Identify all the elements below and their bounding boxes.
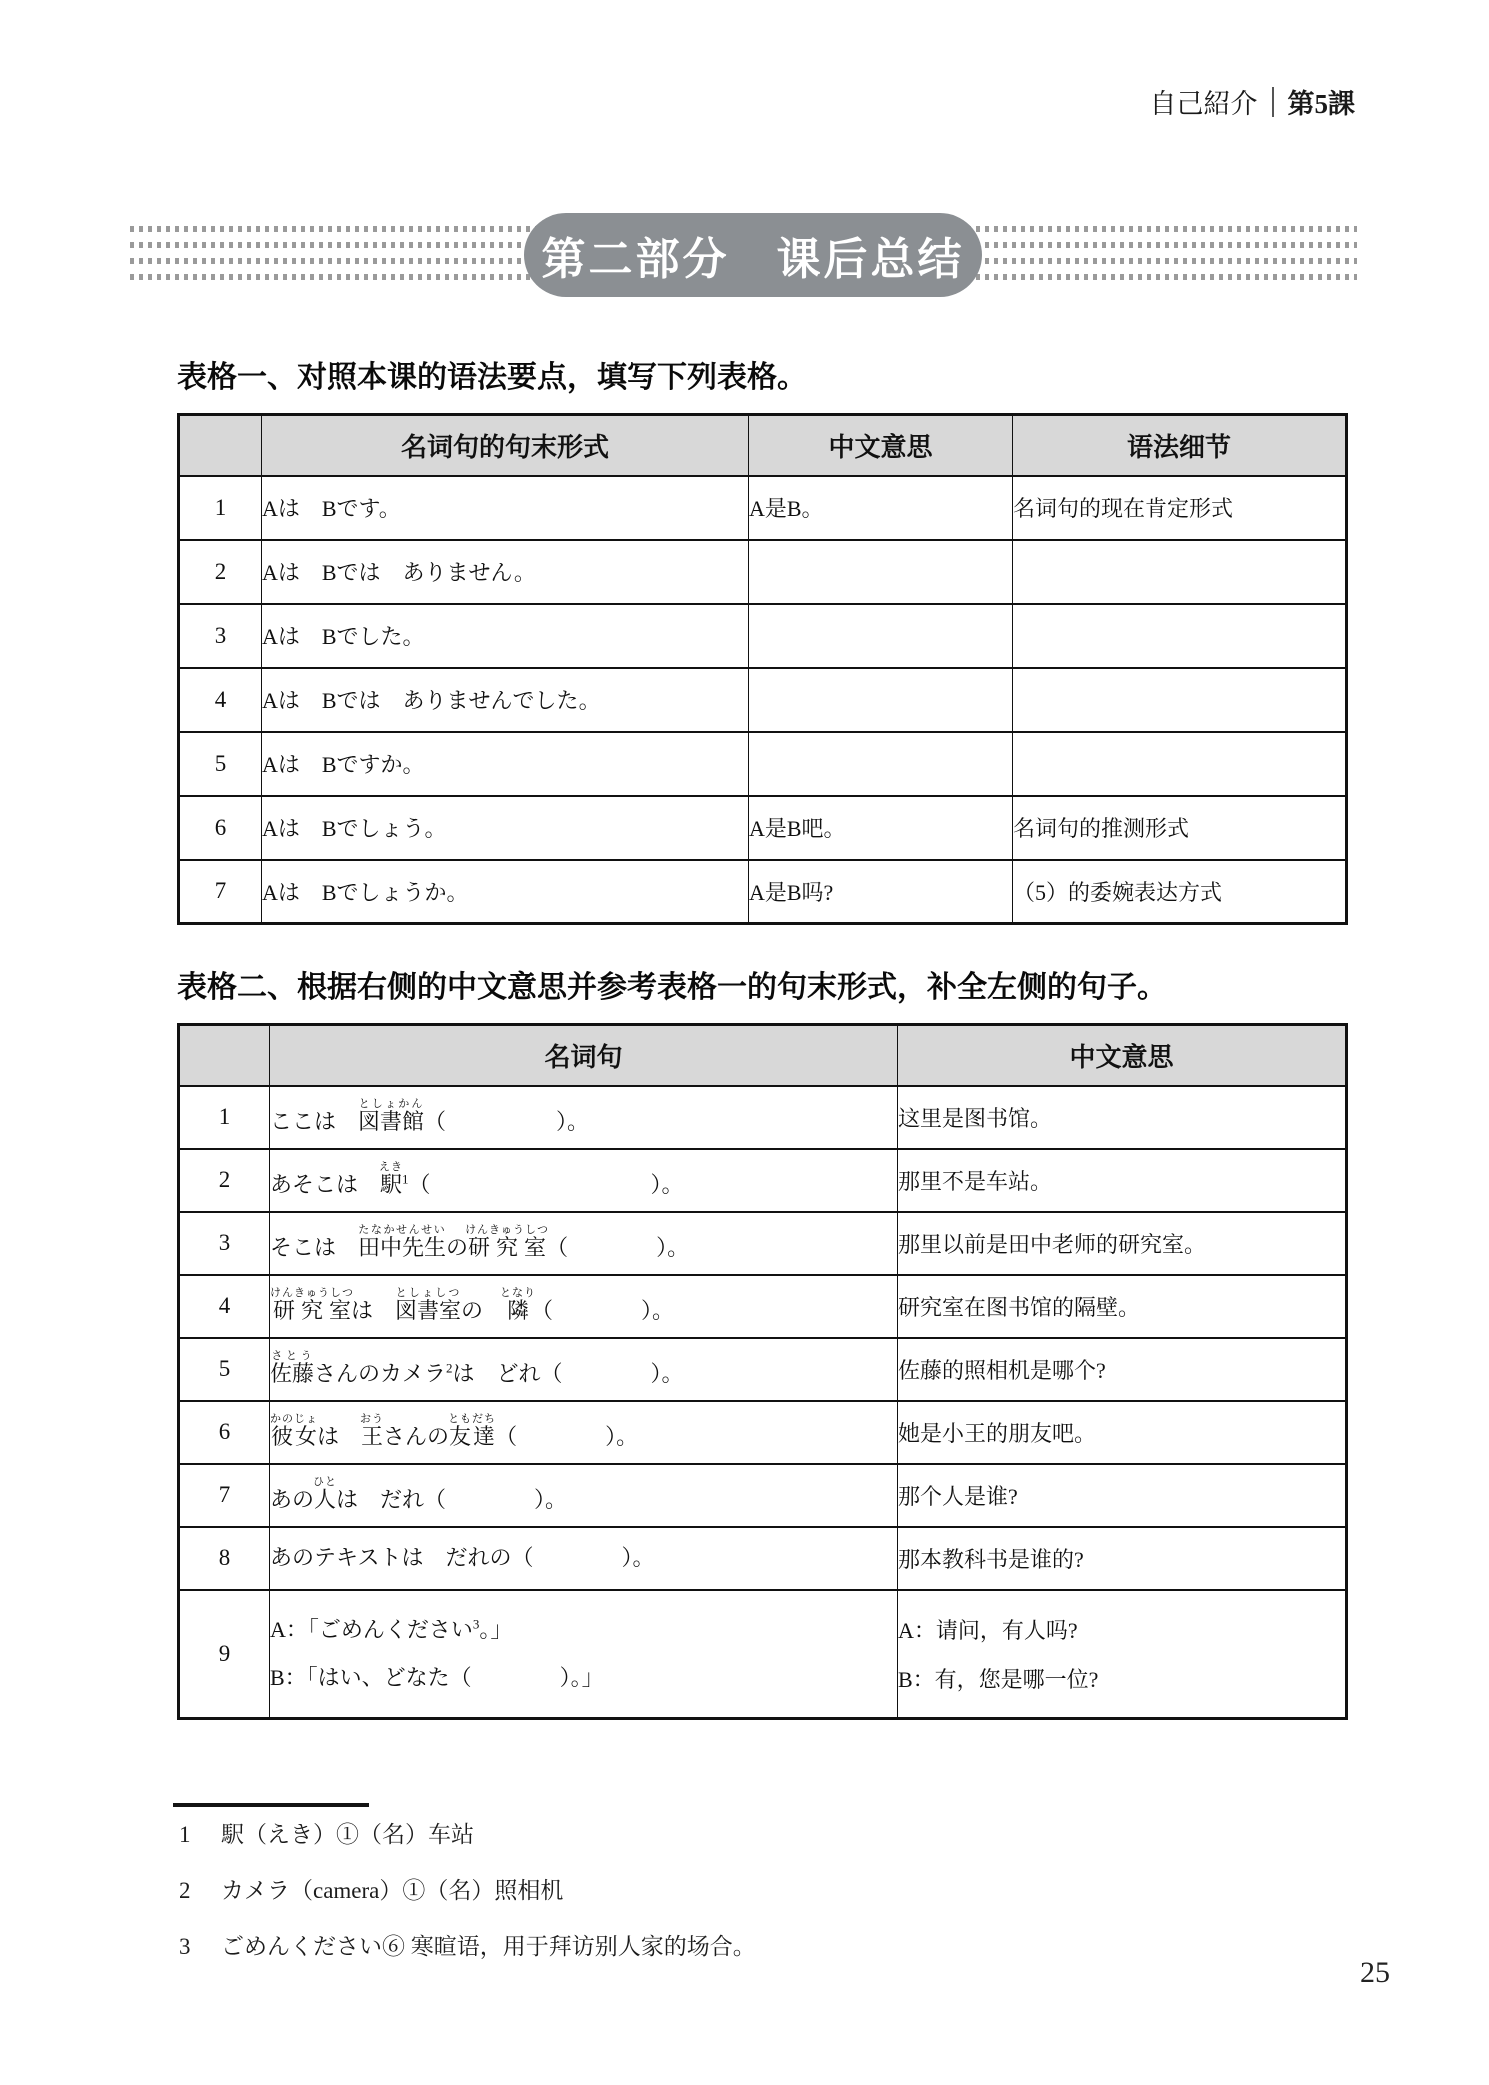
japanese-sentence: 佐藤さとうさんのカメラ2は どれ（ ）。 (270, 1338, 898, 1401)
running-head: 自己紹介 第5課 (1150, 82, 1356, 121)
footnote-number: 2 (179, 1876, 195, 1906)
chinese-meaning: 她是小王的朋友吧。 (898, 1401, 1347, 1464)
chinese-meaning: 那个人是谁? (898, 1464, 1347, 1527)
sentence-form: Aは Bでは ありませんでした。 (262, 668, 749, 732)
grammar-detail (1013, 668, 1347, 732)
footnote-text: 駅（えき）①（名）车站 (221, 1820, 474, 1850)
chinese-meaning: A是B吧。 (749, 796, 1013, 860)
chinese-meaning: 这里是图书馆。 (898, 1086, 1347, 1149)
table-row: 3 そこは 田中先生たなかせんせいの研究室けんきゅうしつ（ ）。 那里以前是田中… (179, 1212, 1347, 1275)
grammar-detail (1013, 732, 1347, 796)
row-number: 7 (179, 1464, 270, 1527)
table1-col-index (179, 415, 262, 476)
table-row: 7 Aは Bでしょうか。 A是B吗? （5）的委婉表达方式 (179, 860, 1347, 924)
row-number: 6 (179, 1401, 270, 1464)
footnote-text: ごめんください⑥ 寒暄语，用于拜访别人家的场合。 (221, 1932, 756, 1962)
grammar-summary-table: 名词句的句末形式 中文意思 语法细节 1 Aは Bです。 A是B。 名词句的现在… (177, 413, 1348, 925)
sentence-form: Aは Bでしょうか。 (262, 860, 749, 924)
table-row: 3 Aは Bでした。 (179, 604, 1347, 668)
table2-col-jp: 名词句 (270, 1025, 898, 1086)
row-number: 8 (179, 1527, 270, 1590)
sentence-form: Aは Bですか。 (262, 732, 749, 796)
table-row: 6 Aは Bでしょう。 A是B吧。 名词句的推测形式 (179, 796, 1347, 860)
row-number: 3 (179, 1212, 270, 1275)
chinese-meaning (749, 604, 1013, 668)
table-row: 9 A：「ごめんください3。」B：「はい、どなた（ ）。」 A：请问，有人吗?B… (179, 1590, 1347, 1719)
footnote: 1 駅（えき）①（名）车站 (179, 1820, 756, 1850)
table-row: 5 Aは Bですか。 (179, 732, 1347, 796)
japanese-dialogue: A：「ごめんください3。」B：「はい、どなた（ ）。」 (270, 1590, 898, 1719)
chinese-dialogue: A：请问，有人吗?B：有，您是哪一位? (898, 1590, 1347, 1719)
chinese-meaning: 那里不是车站。 (898, 1149, 1347, 1212)
table-row: 2 Aは Bでは ありません。 (179, 540, 1347, 604)
sentence-form: Aは Bです。 (262, 476, 749, 540)
table-row: 7 あの人ひとは だれ（ ）。 那个人是谁? (179, 1464, 1347, 1527)
table1-col-meaning: 中文意思 (749, 415, 1013, 476)
table-row: 8 あのテキストは だれの（ ）。 那本教科书是谁的? (179, 1527, 1347, 1590)
lesson-number: 第5課 (1288, 82, 1356, 121)
table1-heading: 表格一、对照本课的语法要点，填写下列表格。 (177, 352, 807, 396)
grammar-detail: （5）的委婉表达方式 (1013, 860, 1347, 924)
table2-heading: 表格二、根据右侧的中文意思并参考表格一的句末形式，补全左侧的句子。 (177, 962, 1167, 1006)
row-number: 2 (179, 1149, 270, 1212)
sentence-form: Aは Bでは ありません。 (262, 540, 749, 604)
running-head-divider (1272, 87, 1274, 117)
footnote-number: 3 (179, 1932, 195, 1962)
course-title: 自己紹介 (1150, 82, 1258, 121)
page-number: 25 (1360, 1956, 1390, 1990)
chinese-meaning (749, 732, 1013, 796)
row-number: 6 (179, 796, 262, 860)
table-row: 4 Aは Bでは ありませんでした。 (179, 668, 1347, 732)
table-row: 6 彼女かのじょは 王おうさんの友達ともだち（ ）。 她是小王的朋友吧。 (179, 1401, 1347, 1464)
row-number: 1 (179, 476, 262, 540)
grammar-detail: 名词句的现在肯定形式 (1013, 476, 1347, 540)
chinese-meaning: 佐藤的照相机是哪个? (898, 1338, 1347, 1401)
row-number: 5 (179, 732, 262, 796)
grammar-detail (1013, 540, 1347, 604)
table2-header-row: 名词句 中文意思 (179, 1025, 1347, 1086)
table2-col-cn: 中文意思 (898, 1025, 1347, 1086)
japanese-sentence: ここは 図書館としょかん（ ）。 (270, 1086, 898, 1149)
row-number: 5 (179, 1338, 270, 1401)
chinese-meaning: 那本教科书是谁的? (898, 1527, 1347, 1590)
table-row: 1 ここは 図書館としょかん（ ）。 这里是图书馆。 (179, 1086, 1347, 1149)
footnotes: 1 駅（えき）①（名）车站 2 カメラ（camera）①（名）照相机 3 ごめん… (179, 1820, 756, 1988)
section-banner-title: 第二部分 课后总结 (542, 223, 965, 287)
japanese-sentence: あそこは 駅えき1（ ）。 (270, 1149, 898, 1212)
row-number: 1 (179, 1086, 270, 1149)
sentence-form: Aは Bでしょう。 (262, 796, 749, 860)
japanese-sentence: あの人ひとは だれ（ ）。 (270, 1464, 898, 1527)
table1-col-form: 名词句的句末形式 (262, 415, 749, 476)
japanese-sentence: そこは 田中先生たなかせんせいの研究室けんきゅうしつ（ ）。 (270, 1212, 898, 1275)
table1-col-detail: 语法细节 (1013, 415, 1347, 476)
japanese-sentence: 研究室けんきゅうしつは 図書室としょしつの 隣となり（ ）。 (270, 1275, 898, 1338)
textbook-page: 自己紹介 第5課 第二部分 课后总结 表格一、对照本课的语法要点，填写下列表格。… (0, 0, 1489, 2085)
chinese-meaning: 研究室在图书馆的隔壁。 (898, 1275, 1347, 1338)
row-number: 4 (179, 668, 262, 732)
japanese-sentence: 彼女かのじょは 王おうさんの友達ともだち（ ）。 (270, 1401, 898, 1464)
row-number: 7 (179, 860, 262, 924)
table-row: 4 研究室けんきゅうしつは 図書室としょしつの 隣となり（ ）。 研究室在图书馆… (179, 1275, 1347, 1338)
chinese-meaning: A是B。 (749, 476, 1013, 540)
footnote-number: 1 (179, 1820, 195, 1850)
row-number: 3 (179, 604, 262, 668)
table-row: 5 佐藤さとうさんのカメラ2は どれ（ ）。 佐藤的照相机是哪个? (179, 1338, 1347, 1401)
sentence-form: Aは Bでした。 (262, 604, 749, 668)
footnote: 2 カメラ（camera）①（名）照相机 (179, 1876, 756, 1906)
row-number: 2 (179, 540, 262, 604)
footnote-rule (173, 1803, 369, 1807)
footnote-text: カメラ（camera）①（名）照相机 (221, 1876, 563, 1906)
section-banner: 第二部分 课后总结 (524, 213, 982, 297)
table-row: 1 Aは Bです。 A是B。 名词句的现在肯定形式 (179, 476, 1347, 540)
grammar-detail: 名词句的推测形式 (1013, 796, 1347, 860)
fill-in-exercise-table: 名词句 中文意思 1 ここは 図書館としょかん（ ）。 这里是图书馆。 2 あそ… (177, 1023, 1348, 1720)
row-number: 4 (179, 1275, 270, 1338)
japanese-sentence: あのテキストは だれの（ ）。 (270, 1527, 898, 1590)
chinese-meaning: 那里以前是田中老师的研究室。 (898, 1212, 1347, 1275)
row-number: 9 (179, 1590, 270, 1719)
chinese-meaning (749, 540, 1013, 604)
grammar-detail (1013, 604, 1347, 668)
chinese-meaning: A是B吗? (749, 860, 1013, 924)
table2-col-index (179, 1025, 270, 1086)
chinese-meaning (749, 668, 1013, 732)
table-row: 2 あそこは 駅えき1（ ）。 那里不是车站。 (179, 1149, 1347, 1212)
footnote: 3 ごめんください⑥ 寒暄语，用于拜访别人家的场合。 (179, 1932, 756, 1962)
table1-header-row: 名词句的句末形式 中文意思 语法细节 (179, 415, 1347, 476)
